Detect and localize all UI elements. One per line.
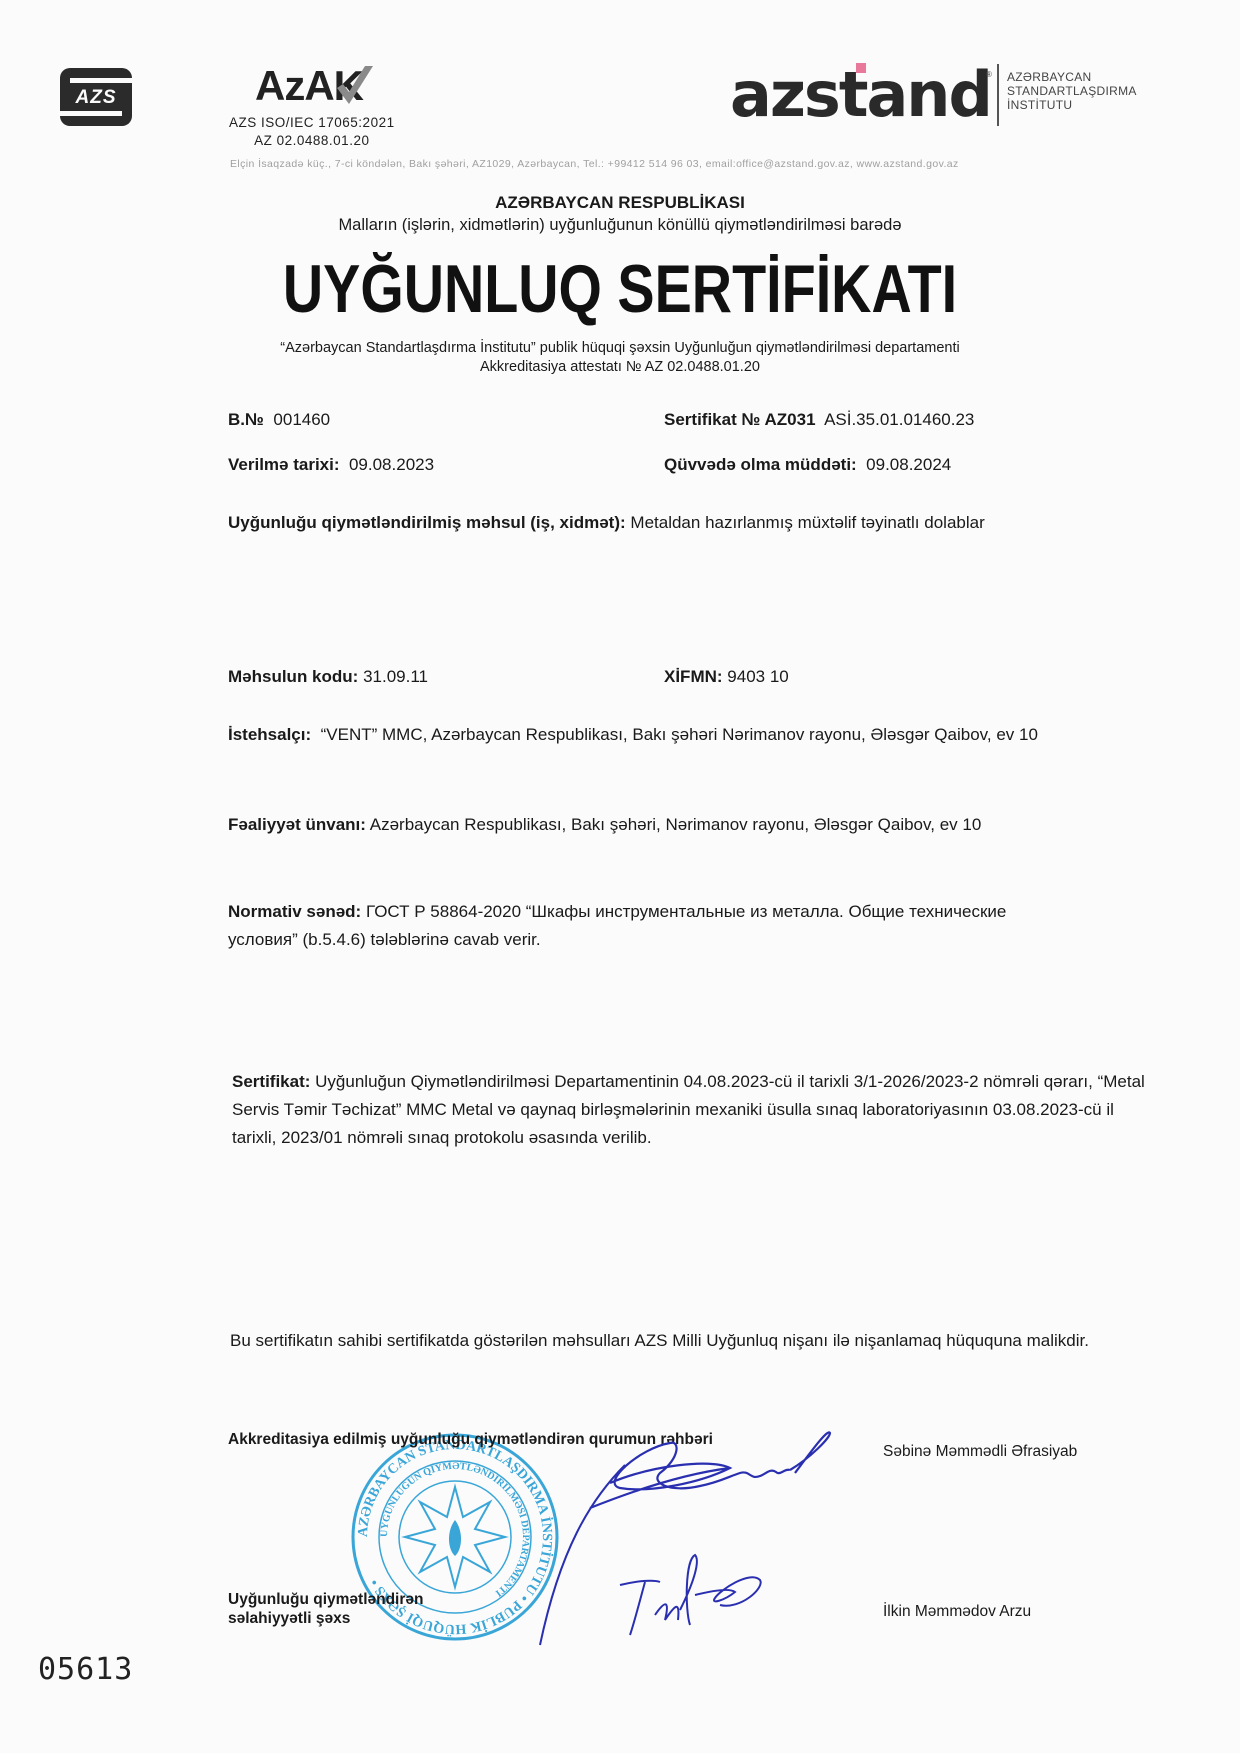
rights-statement: Bu sertifikatın sahibi sertifikatda göst… — [230, 1327, 1150, 1355]
normative-document: Normativ sənəd: ГОСТ Р 58864-2020 “Шкафы… — [228, 898, 1078, 954]
republic-heading: AZƏRBAYCAN RESPUBLİKASI — [0, 193, 1240, 213]
product-code: Məhsulun kodu: 31.09.11 — [228, 667, 428, 687]
azak-credentials: AZS ISO/IEC 17065:2021 AZ 02.0488.01.20 — [229, 114, 395, 150]
field-label: Normativ sənəd: — [228, 902, 361, 921]
field-value: 09.08.2023 — [349, 455, 434, 474]
field-value: Azərbaycan Respublikası, Bakı şəhəri, Nə… — [370, 815, 982, 834]
field-value: 001460 — [273, 410, 330, 429]
department-name: “Azərbaycan Standartlaşdırma İnstitutu” … — [0, 339, 1240, 358]
signatory-name-head: Səbinə Məmmədli Əfrasiyab — [883, 1443, 1077, 1461]
logo-divider — [997, 64, 999, 126]
field-value: 09.08.2024 — [866, 455, 951, 474]
field-label: Fəaliyyət ünvanı: — [228, 815, 366, 834]
field-value: Uyğunluğun Qiymətləndirilməsi Departamen… — [232, 1072, 1145, 1147]
product: Uyğunluğu qiymətləndirilmiş məhsul (iş, … — [228, 513, 985, 533]
issue-date: Verilmə tarixi: 09.08.2023 — [228, 455, 434, 475]
field-label: XİFMN: — [664, 667, 723, 686]
azs-logo: AZS — [60, 68, 132, 126]
registered-mark: ® — [986, 70, 992, 79]
blank-number: B.№ 001460 — [228, 410, 330, 430]
azak-checkmark-icon — [335, 64, 375, 106]
certificate-basis: Sertifikat: Uyğunluğun Qiymətləndirilməs… — [232, 1068, 1162, 1152]
institute-line: AZƏRBAYCAN — [1007, 70, 1137, 84]
institute-line: STANDARTLAŞDIRMA — [1007, 84, 1137, 98]
field-value: “VENT” MMC, Azərbaycan Respublikası, Bak… — [321, 725, 1038, 744]
serial-number: 05613 — [38, 1652, 133, 1687]
accreditation-attestation: Akkreditasiya attestatı № AZ 02.0488.01.… — [0, 358, 1240, 377]
contact-line: Elçin İsaqzadə küç., 7-ci köndələn, Bakı… — [230, 158, 959, 170]
field-label: Sertifikat: — [232, 1072, 310, 1091]
field-label: Verilmə tarixi: — [228, 455, 340, 474]
institute-line: İNSTİTUTU — [1007, 98, 1137, 112]
field-label: Sertifikat № AZ031 — [664, 410, 816, 429]
field-value: 31.09.11 — [363, 667, 428, 686]
field-label: B.№ — [228, 410, 264, 429]
validity-date: Qüvvədə olma müddəti: 09.08.2024 — [664, 455, 951, 475]
field-value: ASİ.35.01.01460.23 — [824, 410, 974, 429]
field-value: Metaldan hazırlanmış müxtəlif təyinatlı … — [630, 513, 984, 532]
field-label: İstehsalçı: — [228, 725, 311, 744]
azs-logo-text: AZS — [60, 87, 132, 109]
signatory-role-assessor: Uyğunluğu qiymətləndirən səlahiyyətli şə… — [228, 1590, 458, 1628]
institute-name: AZƏRBAYCAN STANDARTLAŞDIRMA İNSTİTUTU — [1007, 70, 1137, 112]
certificate-subtitle: Malların (işlərin, xidmətlərin) uyğunluğ… — [0, 216, 1240, 235]
xifmn-code: XİFMN: 9403 10 — [664, 667, 789, 687]
field-label: Məhsulun kodu: — [228, 667, 358, 686]
certificate-title: UYĞUNLUQ SERTİFİKATI — [112, 250, 1129, 328]
field-value: 9403 10 — [727, 667, 788, 686]
certificate-number: Sertifikat № AZ031 ASİ.35.01.01460.23 — [664, 410, 974, 430]
manufacturer: İstehsalçı: “VENT” MMC, Azərbaycan Respu… — [228, 721, 1178, 749]
azstand-logo-dot — [856, 63, 866, 73]
azak-standard: AZS ISO/IEC 17065:2021 — [229, 114, 395, 132]
field-label: Uyğunluğu qiymətləndirilmiş məhsul (iş, … — [228, 513, 626, 532]
issuing-department: “Azərbaycan Standartlaşdırma İnstitutu” … — [0, 339, 1240, 377]
azak-accreditation: AZ 02.0488.01.20 — [229, 132, 395, 150]
field-label: Qüvvədə olma müddəti: — [664, 455, 857, 474]
signatory-name-assessor: İlkin Məmmədov Arzu — [883, 1603, 1031, 1621]
activity-address: Fəaliyyət ünvanı: Azərbaycan Respublikas… — [228, 815, 981, 835]
signature-stroke — [530, 1460, 630, 1650]
